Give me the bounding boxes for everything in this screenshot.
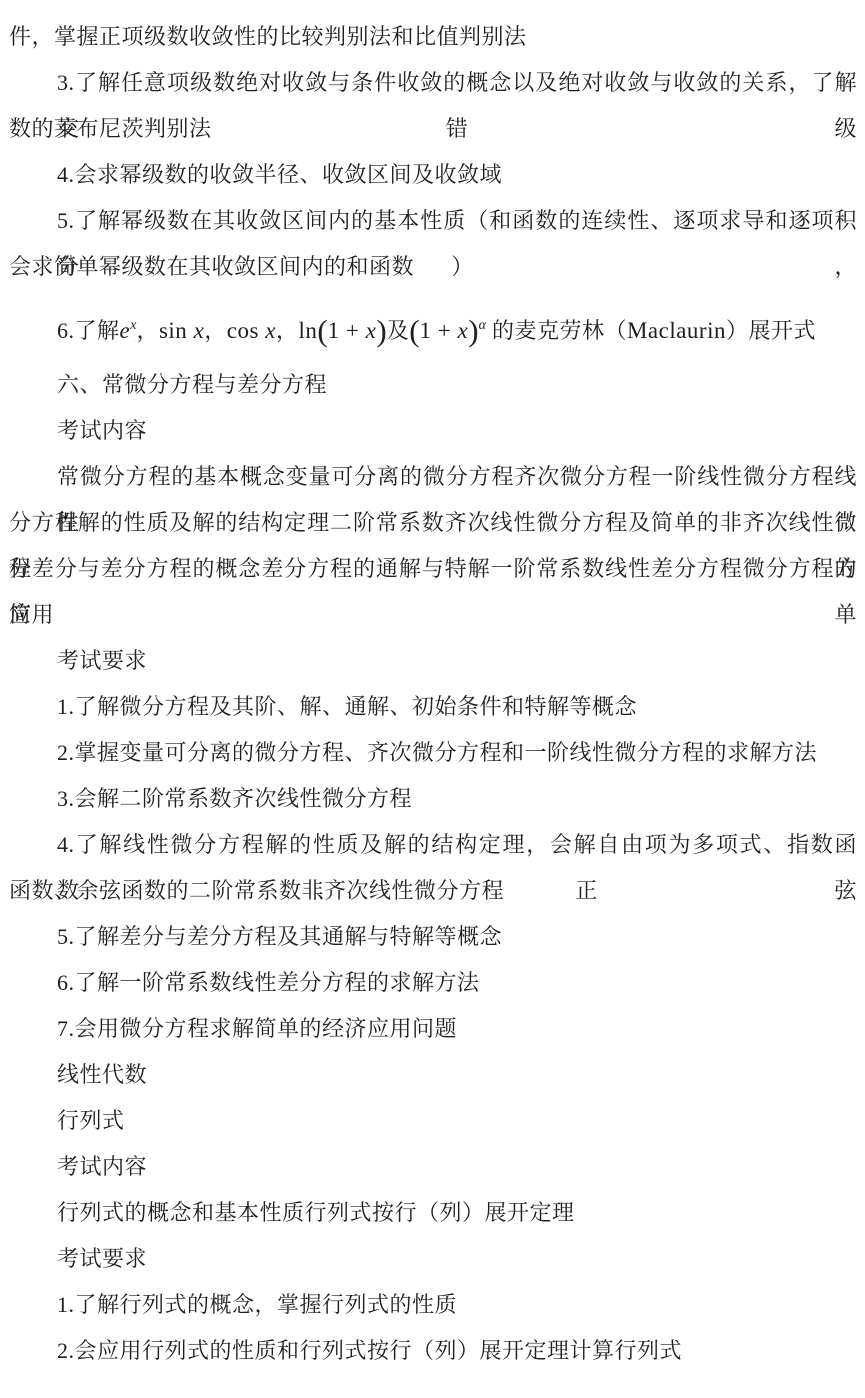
text-line: 4.了解线性微分方程解的性质及解的结构定理，会解自由项为多项式、指数函数、正弦: [9, 822, 857, 868]
text-line: 六、常微分方程与差分方程: [9, 362, 857, 408]
big-paren-run: ): [376, 313, 386, 348]
text-line: 常微分方程的基本概念变量可分离的微分方程齐次微分方程一阶线性微分方程线性微: [9, 454, 857, 500]
text-line: 4.会求幂级数的收敛半径、收敛区间及收敛域: [9, 152, 857, 198]
text-run: ，: [276, 318, 299, 343]
roman-math-run: ln: [298, 318, 317, 343]
text-line: 1.了解行列式的概念，掌握行列式的性质: [9, 1282, 857, 1328]
text-line: 分方程解的性质及解的结构定理二阶常系数齐次线性微分方程及简单的非齐次线性微分方: [9, 500, 857, 546]
roman-math-run: sin: [159, 318, 187, 343]
formula-line: 6.了解ex，sin x，cos x，ln(1 + x)及(1 + x)α 的麦…: [9, 303, 857, 349]
text-run: 6.了解: [57, 318, 120, 343]
big-paren-run: ): [468, 313, 478, 348]
math-variable-run: x: [259, 318, 276, 343]
text-line: 考试要求: [9, 638, 857, 684]
text-line: 5.了解差分与差分方程及其通解与特解等概念: [9, 914, 857, 960]
text-line: 程差分与差分方程的概念差分方程的通解与特解一阶常系数线性差分方程微分方程的简单: [9, 546, 857, 592]
math-variable-run: x: [187, 318, 204, 343]
text-line: 3.会解二阶常系数齐次线性微分方程: [9, 776, 857, 822]
text-run: 及: [387, 318, 410, 343]
math-variable-run: e: [120, 318, 131, 343]
big-paren-run: (: [409, 313, 419, 348]
math-variable-run: x: [366, 318, 377, 343]
text-line: 行列式的概念和基本性质行列式按行（列）展开定理: [9, 1190, 857, 1236]
text-line: 2.掌握变量可分离的微分方程、齐次微分方程和一阶线性微分方程的求解方法: [9, 730, 857, 776]
superscript-run: α: [479, 318, 486, 333]
text-line: 2.会应用行列式的性质和行列式按行（列）展开定理计算行列式: [9, 1328, 857, 1374]
text-run: ，: [204, 318, 227, 343]
text-line: 考试内容: [9, 1144, 857, 1190]
text-run: ，: [136, 318, 159, 343]
text-line: 件，掌握正项级数收敛性的比较判别法和比值判别法: [9, 14, 857, 60]
text-line: 6.了解一阶常系数线性差分方程的求解方法: [9, 960, 857, 1006]
text-line: 3.了解任意项级数绝对收敛与条件收敛的概念以及绝对收敛与收敛的关系，了解交错级: [9, 60, 857, 106]
text-line: 1.了解微分方程及其阶、解、通解、初始条件和特解等概念: [9, 684, 857, 730]
text-run: ）展开式: [726, 318, 816, 343]
roman-math-run: Maclaurin: [627, 318, 726, 343]
roman-math-run: cos: [227, 318, 259, 343]
text-line: 线性代数: [9, 1052, 857, 1098]
text-run: 的麦克劳林（: [486, 318, 627, 343]
roman-math-run: 1 +: [328, 318, 366, 343]
big-paren-run: (: [317, 313, 327, 348]
text-line: 5.了解幂级数在其收敛区间内的基本性质（和函数的连续性、逐项求导和逐项积分），: [9, 198, 857, 244]
text-line: 行列式: [9, 1098, 857, 1144]
document-body: 件，掌握正项级数收敛性的比较判别法和比值判别法3.了解任意项级数绝对收敛与条件收…: [9, 14, 857, 1374]
math-variable-run: x: [458, 318, 469, 343]
text-line: 7.会用微分方程求解简单的经济应用问题: [9, 1006, 857, 1052]
roman-math-run: 1 +: [420, 318, 458, 343]
document-page: 件，掌握正项级数收敛性的比较判别法和比值判别法3.了解任意项级数绝对收敛与条件收…: [0, 0, 865, 1398]
text-line: 考试内容: [9, 408, 857, 454]
text-line: 考试要求: [9, 1236, 857, 1282]
